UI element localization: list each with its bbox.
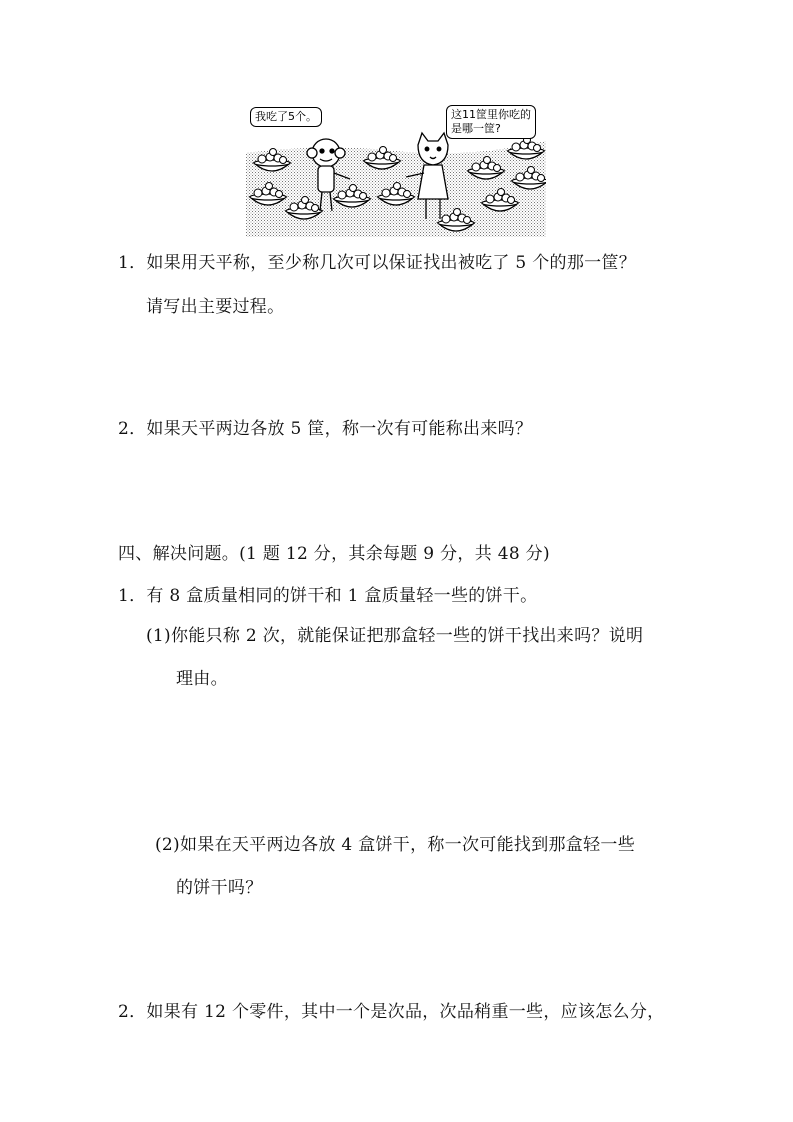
monkey-bubble-text: 我吃了5个。 <box>255 110 317 123</box>
problem-1-sub-2-line-2: 的饼干吗？ <box>176 877 263 899</box>
cat-bubble-line-2: 是哪一筐? <box>451 122 531 136</box>
cat-bubble-line-1: 这11筐里你吃的 <box>451 108 531 122</box>
question-1-line-2: 请写出主要过程。 <box>146 296 284 318</box>
cat-speech-bubble: 这11筐里你吃的 是哪一筐? <box>446 105 536 139</box>
problem-1-sub-2-line-1: (2)如果在天平两边各放 4 盒饼干，称一次可能找到那盒轻一些 <box>155 834 635 856</box>
problem-2-line-1: 2．如果有 12 个零件，其中一个是次品，次品稍重一些，应该怎么分， <box>118 1001 664 1023</box>
problem-1-sub-1-line-2: 理由。 <box>176 668 228 690</box>
monkey-speech-bubble: 我吃了5个。 <box>250 107 322 127</box>
problem-1-intro: 1．有 8 盒质量相同的饼干和 1 盒质量轻一些的饼干。 <box>118 585 537 607</box>
problem-1-sub-1-line-1: (1)你能只称 2 次，就能保证把那盒轻一些的饼干找出来吗？说明 <box>146 625 643 647</box>
question-1-line-1: 1．如果用天平称，至少称几次可以保证找出被吃了 5 个的那一筐？ <box>118 252 636 274</box>
section-heading-four: 四、解决问题。(1 题 12 分，其余每题 9 分，共 48 分) <box>118 543 550 565</box>
cartoon-illustration: 我吃了5个。 这11筐里你吃的 是哪一筐? <box>246 103 546 237</box>
question-2: 2．如果天平两边各放 5 筐，称一次有可能称出来吗？ <box>118 418 532 440</box>
